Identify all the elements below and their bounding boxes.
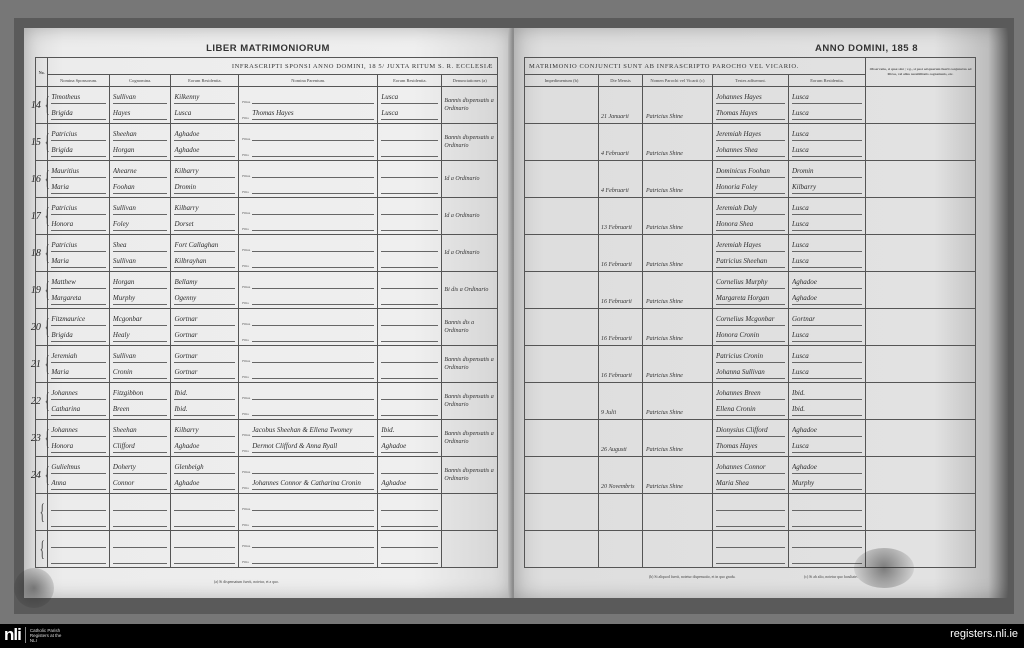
bride-parents-residence [381,403,438,416]
filia-label: Filia [242,227,252,231]
witness-1: Dionysius Clifford [716,424,785,437]
entry-number-cell: { [36,531,48,568]
groom-parents [252,313,374,326]
parents-cell: FiliusFilia [239,309,378,346]
priest-cell: Patricius Shine [643,161,713,198]
parents-cell: FiliusFilia [239,383,378,420]
impedimentum-cell [525,198,599,235]
residence-cell: Ibid.Ibid. [171,383,239,420]
groom-residence: Aghadoe [174,128,235,141]
residence-cell: KilbarryAghadoe [171,420,239,457]
denunciationes-cell: Bannis dispensatis a Ordinario [442,420,498,457]
impedimentum-cell [525,494,599,531]
groom-surname: Sullivan [113,202,168,215]
parents-cell: FiliusFilia [239,531,378,568]
bride-residence: Aghadoe [174,144,235,157]
witness-2-residence: Lusca [792,218,862,231]
surnames-cell: SullivanFoley [109,198,171,235]
table-row: {FiliusFilia [36,494,498,531]
left-table-header: INFRASCRIPTI SPONSI ANNO DOMINI, 18 5/ J… [48,58,498,75]
marriage-date: 4 Februarii [601,151,629,157]
residence-cell: Fort CallaghanKilbrayhan [171,235,239,272]
witness-2: Honora Shea [716,218,785,231]
groom-residence: Glenbeigh [174,461,235,474]
col-header-testes: Testes adfuerunt. [713,75,789,87]
date-cell: 20 Novembris [599,457,643,494]
filius-label: Filius [242,174,252,178]
parents-residence-cell [378,309,442,346]
witness-residence-cell: AghadoeMurphy [789,457,866,494]
bride-surname: Hayes [113,107,168,120]
date-cell: 16 Februarii [599,346,643,383]
bride-parents [252,329,374,342]
bride-surname: Cronin [113,366,168,379]
witness-2-residence [792,551,862,564]
bride-name: Maria [51,366,106,379]
parents-residence-cell [378,383,442,420]
sponsi-names-cell: PatriciusMaria [48,235,110,272]
table-row: 19{MatthewMargaretaHorganMurphyBellamyOg… [36,272,498,309]
witness-1-residence: Dromin [792,165,862,178]
groom-surname: Ahearne [113,165,168,178]
denunciationes-text: Bannis dispensatis a Ordinario [442,429,497,447]
witness-1-residence: Aghadoe [792,424,862,437]
table-row: 15{PatriciusBrigidaSheehanHorganAghadoeA… [36,124,498,161]
groom-parents-residence [381,128,438,141]
date-cell [599,531,643,568]
groom-name [51,498,106,511]
date-cell: 9 Julii [599,383,643,420]
filia-label: Filia [242,153,252,157]
marriage-date: 4 Februarii [601,188,629,194]
groom-surname: Sheehan [113,424,168,437]
parents-residence-cell: Aghadoe [378,457,442,494]
groom-residence: Bellamy [174,276,235,289]
bride-parents [252,514,374,527]
priest-name: Patricius Shine [646,188,683,194]
bride-parents-residence [381,292,438,305]
parents-cell: FiliusJacobus Sheehan & Ellena TwomeyFil… [239,420,378,457]
left-page: LIBER MATRIMONIORUM No. INFRASCRIPTI SPO… [24,28,512,598]
denunciationes-text: Id a Ordinario [442,248,497,258]
witnesses-cell [713,531,789,568]
denunciationes-cell [442,531,498,568]
surnames-cell: HorganMurphy [109,272,171,309]
nli-logo[interactable]: nli Catholic Parish Registers at the NLI [4,626,62,644]
bride-parents [252,218,374,231]
witnesses-cell: Jeremiah DalyHonora Shea [713,198,789,235]
bride-parents-residence [381,144,438,157]
image-viewer[interactable]: LIBER MATRIMONIORUM No. INFRASCRIPTI SPO… [0,0,1024,624]
filius-label: Filius [242,211,252,215]
marriage-date: 26 Augusti [601,447,627,453]
marriage-date: 16 Februarii [601,336,632,342]
witnesses-cell: Johannes ConnorMaria Shea [713,457,789,494]
witness-2: Johanna Sullivan [716,366,785,379]
witness-2: Honoria Foley [716,181,785,194]
sponsi-names-cell: JohannesHonora [48,420,110,457]
witnesses-cell: Jeremiah HayesJohannes Shea [713,124,789,161]
denunciationes-cell: Bannis dispensatis a Ordinario [442,457,498,494]
denunciationes-text: Bannis dispensatis a Ordinario [442,392,497,410]
witness-2: Patricius Sheehan [716,255,785,268]
residence-cell [171,531,239,568]
witness-2-residence: Lusca [792,329,862,342]
groom-parents [252,461,374,474]
filius-label: Filius [242,137,252,141]
bride-residence: Lusca [174,107,235,120]
bride-surname [113,514,168,527]
groom-parents-residence [381,350,438,363]
priest-name: Patricius Shine [646,410,683,416]
right-footnote-b: (b) Si aliquod fuerit, notetur dispensat… [649,575,735,579]
residence-cell [171,494,239,531]
entry-number: 14 [31,100,41,111]
table-row: 21{JeremiahMariaSullivanCroninGortnarGor… [36,346,498,383]
witnesses-cell: Johannes HayesThomas Hayes [713,87,789,124]
table-row: 22{JohannesCatharinaFitzgibbonBreenIbid.… [36,383,498,420]
groom-parents-residence [381,498,438,511]
parents-residence-cell [378,346,442,383]
groom-parents [252,128,374,141]
date-cell: 4 Februarii [599,161,643,198]
filia-label: Filia [242,338,252,342]
priest-cell: Patricius Shine [643,420,713,457]
witnesses-cell: Johannes BreenEllena Cronin [713,383,789,420]
groom-surname: Mcgonbar [113,313,168,326]
witness-2: Ellena Cronin [716,403,785,416]
witness-1-residence: Lusca [792,202,862,215]
priest-name: Patricius Shine [646,336,683,342]
entry-number: 22 [31,396,41,407]
sponsi-names-cell: PatriciusHonora [48,198,110,235]
denunciationes-text: Bannis dispensatis a Ordinario [442,355,497,373]
col-header-nomina-parentum: Nomina Parentum. [239,75,378,87]
right-page: ANNO DOMINI, 185 8 MATRIMONIO CONJUNCTI … [514,28,1008,598]
marriage-register-table-right: MATRIMONIO CONJUNCTI SUNT AB INFRASCRIPT… [524,57,976,568]
parents-residence-cell [378,272,442,309]
right-table-header: MATRIMONIO CONJUNCTI SUNT AB INFRASCRIPT… [525,58,866,75]
witnesses-cell [713,494,789,531]
witness-1: Jeremiah Hayes [716,128,785,141]
col-header-die-mensis: Die Mensis [599,75,643,87]
witness-residence-cell: AghadoeLusca [789,420,866,457]
entry-number-cell: 22{ [36,383,48,420]
table-row: 4 FebruariiPatricius ShineDominicus Fooh… [525,161,976,198]
entry-number: 17 [31,211,41,222]
residence-cell: GortnarGortnar [171,346,239,383]
bride-surname: Murphy [113,292,168,305]
groom-residence: Kilbarry [174,202,235,215]
sponsi-names-cell: MauritiusMaria [48,161,110,198]
marriage-date: 9 Julii [601,410,616,416]
denunciationes-cell: Bannis dispensatis a Ordinario [442,124,498,161]
bride-parents-residence [381,181,438,194]
parents-residence-cell [378,235,442,272]
witness-2: Margareta Horgan [716,292,785,305]
bride-residence: Kilbrayhan [174,255,235,268]
sponsi-names-cell: JeremiahMaria [48,346,110,383]
table-row: 26 AugustiPatricius ShineDionysius Cliff… [525,420,976,457]
filius-label: Filius [242,433,252,437]
groom-parents-residence: Ibid. [381,424,438,437]
denunciationes-cell: Bannis dispensatis a Ordinario [442,383,498,420]
bride-surname: Connor [113,477,168,490]
surnames-cell: FitzgibbonBreen [109,383,171,420]
denunciationes-text: Id a Ordinario [442,211,497,221]
bride-name [51,514,106,527]
surnames-cell: DohertyConnor [109,457,171,494]
observatio-cell [866,198,976,235]
residence-cell: KilkennyLusca [171,87,239,124]
groom-surname: Fitzgibbon [113,387,168,400]
groom-name: Mauritius [51,165,106,178]
sponsi-names-cell [48,531,110,568]
parents-cell: FiliusFilia [239,272,378,309]
groom-parents-residence [381,165,438,178]
witness-2-residence: Lusca [792,144,862,157]
residence-cell: GlenbeighAghadoe [171,457,239,494]
bride-parents-residence: Aghadoe [381,477,438,490]
filia-label: Filia [242,375,252,379]
bride-parents-residence [381,255,438,268]
entry-number: 16 [31,174,41,185]
table-row: 20{FitzmauriceBrigidaMcgonbarHealyGortna… [36,309,498,346]
residence-cell: KilbarryDromin [171,161,239,198]
priest-cell: Patricius Shine [643,87,713,124]
surnames-cell: AhearneFoohan [109,161,171,198]
denunciationes-cell: Id a Ordinario [442,161,498,198]
bride-parents [252,181,374,194]
marriage-register-table-left: No. INFRASCRIPTI SPONSI ANNO DOMINI, 18 … [35,57,498,568]
witness-1-residence [792,498,862,511]
bride-name: Maria [51,255,106,268]
impedimentum-cell [525,420,599,457]
date-cell: 21 Januarii [599,87,643,124]
date-cell: 16 Februarii [599,235,643,272]
witness-1: Johannes Hayes [716,91,785,104]
surnames-cell [109,531,171,568]
witness-1: Cornelius Murphy [716,276,785,289]
table-row: 16 FebruariiPatricius ShineCornelius Mur… [525,272,976,309]
right-footnote-c: (c) Si ab alio, notetur quo facultate. [804,575,858,579]
filia-label: Filia [242,486,252,490]
filius-label: Filius [242,322,252,326]
groom-residence: Gortnar [174,350,235,363]
sponsi-names-cell: GulielmusAnna [48,457,110,494]
denunciationes-cell: Bannis dispensatis a Ordinario [442,87,498,124]
entry-number-cell: 20{ [36,309,48,346]
bride-parents: Johannes Connor & Catharina Cronin [252,477,374,490]
entry-number: 20 [31,322,41,333]
groom-surname: Horgan [113,276,168,289]
marriage-date: 16 Februarii [601,262,632,268]
groom-parents [252,498,374,511]
groom-name: Gulielmus [51,461,106,474]
entry-number-cell: 21{ [36,346,48,383]
observatio-cell [866,383,976,420]
groom-parents [252,239,374,252]
priest-cell: Patricius Shine [643,124,713,161]
groom-surname [113,498,168,511]
table-row: 16{MauritiusMariaAhearneFoohanKilbarryDr… [36,161,498,198]
brace-icon: { [40,536,45,562]
entry-number: 23 [31,433,41,444]
witness-2: Maria Shea [716,477,785,490]
bride-name: Catharina [51,403,106,416]
parents-cell: FiliusFilia [239,124,378,161]
impedimentum-cell [525,309,599,346]
witness-residence-cell: DrominKilbarry [789,161,866,198]
witness-1-residence: Gortnar [792,313,862,326]
entry-number-cell: 15{ [36,124,48,161]
surnames-cell: McgonbarHealy [109,309,171,346]
groom-name: Jeremiah [51,350,106,363]
residence-cell: BellamyOgenny [171,272,239,309]
col-header-parochi: Nomen Parochi vel Vicarii (c) [643,75,713,87]
bride-name: Honora [51,440,106,453]
witnesses-cell: Cornelius MurphyMargareta Horgan [713,272,789,309]
witness-residence-cell: LuscaLusca [789,346,866,383]
parents-residence-cell: Ibid.Aghadoe [378,420,442,457]
impedimentum-cell [525,531,599,568]
no-column-header: No. [36,58,48,87]
witness-1: Johannes Connor [716,461,785,474]
sponsi-names-cell: FitzmauriceBrigida [48,309,110,346]
priest-cell: Patricius Shine [643,198,713,235]
impedimentum-cell [525,87,599,124]
impedimentum-cell [525,161,599,198]
filia-label: Filia [242,449,252,453]
entry-number-cell: 19{ [36,272,48,309]
bride-residence: Gortnar [174,366,235,379]
witness-2-residence: Lusca [792,107,862,120]
witness-1: Cornelius Mcgonbar [716,313,785,326]
bride-residence: Dorset [174,218,235,231]
surnames-cell: SullivanHayes [109,87,171,124]
entry-number-cell: 14{ [36,87,48,124]
impedimentum-cell [525,383,599,420]
witness-1: Dominicus Foohan [716,165,785,178]
denunciationes-text [442,511,497,513]
parents-cell: FiliusFiliaJohannes Connor & Catharina C… [239,457,378,494]
witness-2-residence [792,514,862,527]
groom-parents: Jacobus Sheehan & Ellena Twomey [252,424,374,437]
witness-residence-cell: LuscaLusca [789,124,866,161]
witness-2 [716,551,785,564]
marriage-date: 13 Februarii [601,225,632,231]
groom-parents [252,535,374,548]
observatio-cell [866,494,976,531]
table-row [525,494,976,531]
bride-parents: Dermot Clifford & Anna Ryall [252,440,374,453]
entry-number-cell: 17{ [36,198,48,235]
witness-2-residence: Ibid. [792,403,862,416]
table-row: 16 FebruariiPatricius ShineCornelius Mcg… [525,309,976,346]
groom-parents-residence [381,461,438,474]
bride-residence: Dromin [174,181,235,194]
groom-surname: Doherty [113,461,168,474]
residence-cell: AghadoeAghadoe [171,124,239,161]
brace-icon: { [40,499,45,525]
witness-1: Jeremiah Daly [716,202,785,215]
entry-number-cell: 23{ [36,420,48,457]
priest-cell: Patricius Shine [643,346,713,383]
impedimentum-cell [525,124,599,161]
groom-parents-residence: Lusca [381,91,438,104]
entry-number: 21 [31,359,41,370]
bride-parents [252,144,374,157]
groom-residence [174,535,235,548]
filia-label: Filia [242,523,252,527]
groom-parents-residence [381,535,438,548]
groom-surname: Sullivan [113,91,168,104]
bride-parents-residence: Aghadoe [381,440,438,453]
filius-label: Filius [242,100,252,104]
table-row: 18{PatriciusMariaSheaSullivanFort Callag… [36,235,498,272]
groom-parents-residence [381,202,438,215]
marriage-date: 20 Novembris [601,484,635,490]
denunciationes-cell: Bi dis a Ordinario [442,272,498,309]
witness-2: Thomas Hayes [716,107,785,120]
parents-residence-cell [378,531,442,568]
table-row: {FiliusFilia [36,531,498,568]
groom-surname: Sheehan [113,128,168,141]
groom-residence: Kilkenny [174,91,235,104]
residence-cell: KilbarryDorset [171,198,239,235]
witness-2-residence: Murphy [792,477,862,490]
bride-name: Maria [51,181,106,194]
table-row: 16 FebruariiPatricius ShineJeremiah Haye… [525,235,976,272]
surnames-cell [109,494,171,531]
witnesses-cell: Cornelius McgonbarHonora Cronin [713,309,789,346]
parents-cell: FiliusFilia [239,198,378,235]
bride-name: Brigida [51,107,106,120]
witnesses-cell: Dionysius CliffordThomas Hayes [713,420,789,457]
observatio-cell [866,272,976,309]
witness-residence-cell: LuscaLusca [789,87,866,124]
priest-cell: Patricius Shine [643,235,713,272]
bride-parents-residence [381,514,438,527]
groom-name: Johannes [51,387,106,400]
parents-residence-cell: LuscaLusca [378,87,442,124]
bride-parents [252,366,374,379]
groom-parents [252,165,374,178]
groom-parents-residence [381,313,438,326]
priest-cell: Patricius Shine [643,309,713,346]
registers-site-link[interactable]: registers.nli.ie [950,628,1018,640]
bride-residence [174,551,235,564]
witness-residence-cell: LuscaLusca [789,235,866,272]
nli-logo-mark: nli [4,626,21,644]
bride-residence: Ibid. [174,403,235,416]
priest-name: Patricius Shine [646,484,683,490]
filius-label: Filius [242,396,252,400]
witness-residence-cell [789,494,866,531]
col-header-eorum-residentia: Eorum Residentia. [171,75,239,87]
denunciationes-cell: Id a Ordinario [442,198,498,235]
groom-parents-residence [381,239,438,252]
observatio-cell [866,87,976,124]
priest-name: Patricius Shine [646,447,683,453]
observatio-cell [866,346,976,383]
bride-surname: Healy [113,329,168,342]
witnesses-cell: Patricius CroninJohanna Sullivan [713,346,789,383]
witness-2-residence: Lusca [792,366,862,379]
witness-1-residence [792,535,862,548]
priest-name: Patricius Shine [646,225,683,231]
left-page-title: LIBER MATRIMONIORUM [24,43,512,54]
